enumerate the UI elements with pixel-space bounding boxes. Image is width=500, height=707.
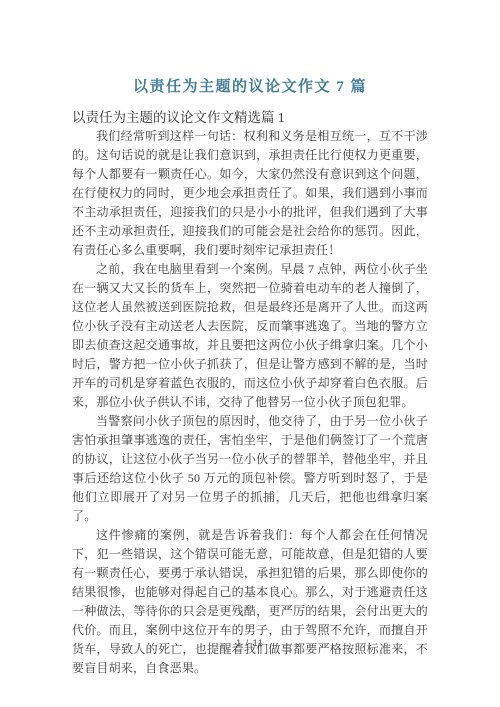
paragraph: 我们经常听到这样一句话：权利和义务是相互统一，互不干涉的。这句话说的就是让我们意… (72, 127, 428, 260)
document-body: 以责任为主题的议论文作文精选篇 1 我们经常听到这样一句话：权利和义务是相互统一… (72, 108, 428, 678)
paragraph: 之前，我在电脑里看到一个案例。早晨 7 点钟，两位小伙子坐在一辆又大又长的货车上… (72, 260, 428, 412)
page-number: 1 / 11 (0, 638, 500, 648)
section-heading: 以责任为主题的议论文作文精选篇 1 (72, 108, 428, 127)
paragraph: 这件惨痛的案例，就是告诉着我们：每个人都会在任何情况下，犯一些错误，这个错误可能… (72, 526, 428, 678)
paragraph: 当警察问小伙子顶包的原因时，他交待了，由于另一位小伙子害怕承担肇事逃逸的责任，害… (72, 412, 428, 526)
document-title: 以责任为主题的议论文作文 7 篇 (0, 0, 500, 98)
document-page: 以责任为主题的议论文作文 7 篇 以责任为主题的议论文作文精选篇 1 我们经常听… (0, 0, 500, 707)
